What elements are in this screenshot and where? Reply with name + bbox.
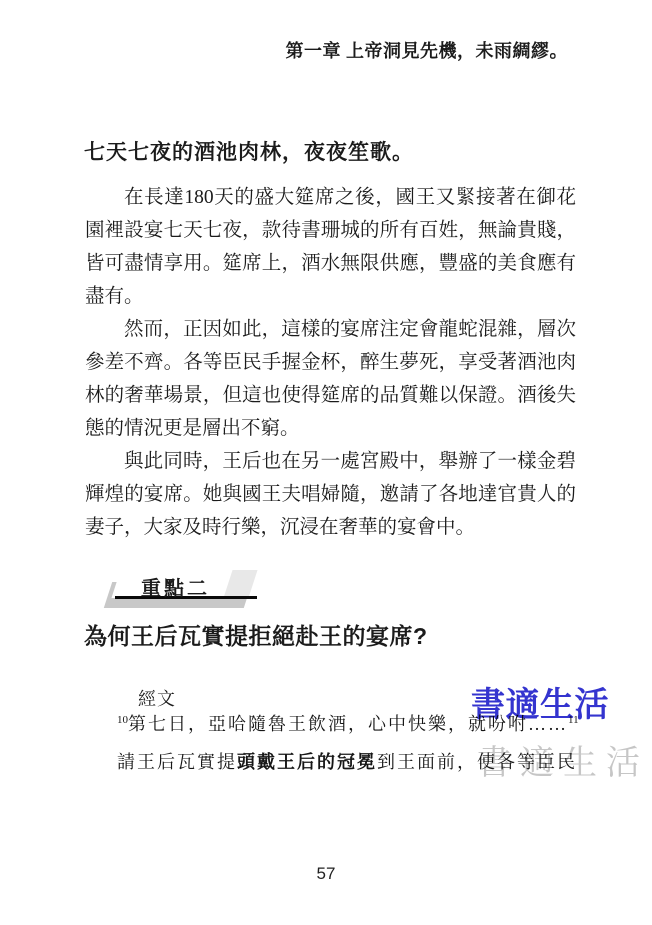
scripture-text: 第七日，亞哈隨魯王飲酒，心中快樂，就吩咐…… (128, 714, 568, 734)
verse-number-superscript: 10 (117, 714, 128, 726)
book-page: 第一章 上帝洞見先機，未雨綢繆。 七天七夜的酒池肉林，夜夜笙歌。 在長達180天… (0, 0, 652, 925)
scripture-text: 請王后瓦實提 (117, 752, 237, 772)
paragraph: 然而，正因如此，這樣的宴席注定會龍蛇混雜，層次參差不齊。各等臣民手握金杯，醉生夢… (85, 313, 576, 445)
scripture-line-2: 請王后瓦實提頭戴王后的冠冕到王面前，使各等臣民 (117, 748, 577, 774)
paragraph: 與此同時，王后也在另一處宮殿中，舉辦了一樣金碧輝煌的宴席。她與國王夫唱婦隨，邀請… (85, 445, 576, 544)
scripture-line-1: 10第七日，亞哈隨魯王飲酒，心中快樂，就吩咐……11 (117, 710, 579, 736)
section-heading: 七天七夜的酒池肉林，夜夜笙歌。 (84, 136, 414, 166)
chapter-header: 第一章 上帝洞見先機，未雨綢繆。 (286, 37, 569, 63)
scripture-text-bold: 頭戴王后的冠冕 (237, 752, 377, 772)
keypoint-badge-label: 重點二 (141, 572, 210, 601)
verse-number-superscript: 11 (568, 714, 579, 726)
scripture-text: 到王面前，使各等臣民 (377, 752, 577, 772)
keypoint-question-heading: 為何王后瓦實提拒絕赴王的宴席? (84, 618, 428, 651)
body-text: 在長達180天的盛大筵席之後，國王又緊接著在御花園裡設宴七天七夜，款待書珊城的所… (85, 181, 576, 544)
scripture-label: 經文 (138, 685, 176, 711)
page-number: 57 (0, 864, 652, 884)
paragraph: 在長達180天的盛大筵席之後，國王又緊接著在御花園裡設宴七天七夜，款待書珊城的所… (85, 181, 576, 313)
